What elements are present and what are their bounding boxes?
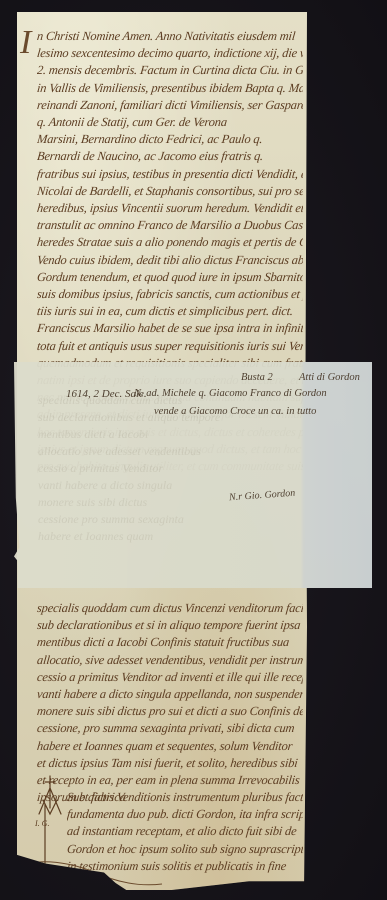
manuscript-line: heredibus, ipsius Vincentii suorum hered… <box>37 200 303 217</box>
manuscript-line: Sub dictis Venditionis instrumentum plur… <box>67 789 303 806</box>
notary-initials: I. G. <box>35 819 49 828</box>
manuscript-line: fundamenta duo pub. dicti Gordon, ita in… <box>67 806 303 823</box>
manuscript-line: vanti habere a dicto singula appellanda,… <box>37 686 303 703</box>
manuscript-line: specialis quoddam cum dictus Vincenzi ve… <box>37 600 303 617</box>
manuscript-line: heredes Stratae suis a alio ponendo magi… <box>37 234 303 251</box>
manuscript-line: q. Antonii de Statij, cum Ger. de Verona <box>37 114 303 131</box>
manuscript-line: ad instantiam receptam, et alio dicto fu… <box>67 823 303 840</box>
manuscript-line: Gordum tenendum, et quod quod iure in ip… <box>37 269 303 286</box>
manuscript-line: 2. mensis decembris. Factum in Curtina d… <box>37 62 303 79</box>
manuscript-line: Marsini, Bernardino dicto Fedrici, ac Pa… <box>37 131 303 148</box>
manuscript-line: et dictus ipsius Tam nisi fuerit, et sol… <box>37 755 303 772</box>
manuscript-line: et recepto in ea, per eam in plena summa… <box>37 772 303 789</box>
manuscript-line: n Christi Nomine Amen. Anno Nativitatis … <box>37 28 303 45</box>
manuscript-line: Franciscus Marsilio habet de se sue ipsa… <box>37 320 303 337</box>
manuscript-line: cessione, pro summa sexaginta privati, s… <box>37 720 303 737</box>
manuscript-line: sub declarationibus et si in aliquo temp… <box>37 617 303 634</box>
manuscript-line: tota fuit et antiquis usus super requisi… <box>37 338 303 355</box>
manuscript-line: Gordon et hoc ipsum solito sub signo sup… <box>67 841 303 858</box>
manuscript-line: habere et Ioannes quam et sequentes, sol… <box>37 738 303 755</box>
manuscript-line: tiis iuris sui in ea, cum dictis et simp… <box>37 303 303 320</box>
manuscript-line: mentibus dicti a Iacobi Confinis statuit… <box>37 634 303 651</box>
manuscript-line: monere suis sibi dictus pro sui et dicti… <box>37 703 303 720</box>
slip-description-line-1: N. ad. Michele q. Giacomo Franco di Gord… <box>134 388 327 399</box>
manuscript-text-middle: specialis quoddam cum dictus Vincenzi ve… <box>37 600 303 806</box>
manuscript-line: Bernardi de Naucino, ac Jacomo eius frat… <box>37 148 303 165</box>
slip-fondo-label: Atti di Gordon <box>299 372 360 383</box>
manuscript-line: Vendo cuius ibidem, dedit tibi alio dict… <box>37 252 303 269</box>
slip-bleed-through-text: specialis quoddam cum dictus sub declara… <box>38 392 308 572</box>
manuscript-line: Nicolai de Bardelli, et Staphanis consor… <box>37 183 303 200</box>
manuscript-line: lesimo sexcentesimo decimo quarto, indic… <box>37 45 303 62</box>
archival-slip: specialis quoddam cum dictus sub declara… <box>14 362 372 588</box>
manuscript-line: in Vallis de Vimiliensis, presentibus ib… <box>37 80 303 97</box>
slip-description-line-2: vende a Giacomo Croce un ca. in tutto <box>154 406 316 417</box>
decorated-initial: I <box>20 26 31 60</box>
slip-busta-label: Busta 2 <box>241 372 273 383</box>
manuscript-line: cessio a primitus Venditor ad inventi et… <box>37 669 303 686</box>
manuscript-line: suis domibus ipsius, fabricis sanctis, c… <box>37 286 303 303</box>
manuscript-line: allocatio, sive adesset vendentibus, ven… <box>37 652 303 669</box>
manuscript-line: fratribus sui ipsius, testibus in presen… <box>37 166 303 183</box>
manuscript-line: transtulit ac omnino Franco de Marsilio … <box>37 217 303 234</box>
manuscript-line: reinandi Zanoni, familiari dicti Vimilie… <box>37 97 303 114</box>
